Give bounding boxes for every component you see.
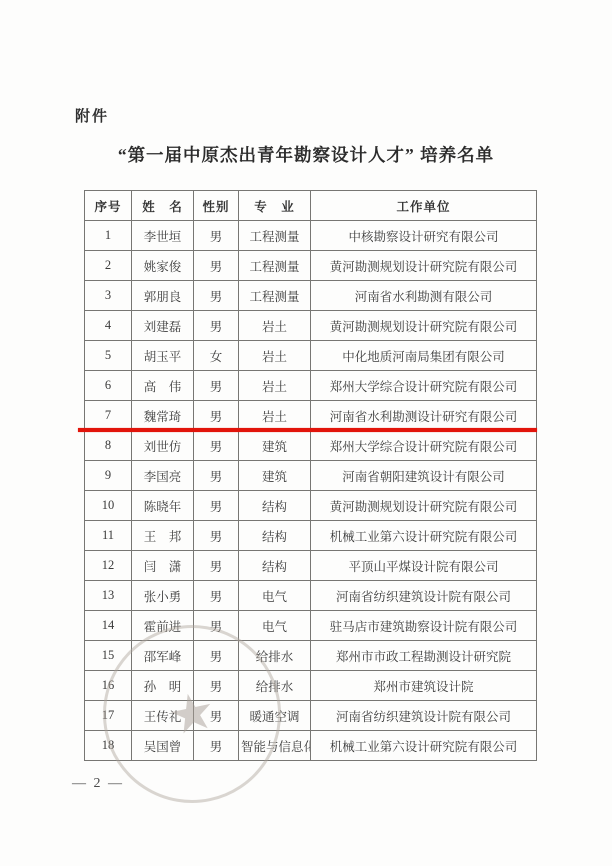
roster-table-body: 1李世垣男工程测量中核勘察设计研究有限公司2姚家俊男工程测量黄河勘测规划设计研究… bbox=[85, 221, 537, 761]
table-row: 2姚家俊男工程测量黄河勘测规划设计研究院有限公司 bbox=[85, 251, 537, 281]
cell-name: 闫 潇 bbox=[132, 551, 194, 581]
table-row: 14霍前进男电气驻马店市建筑勘察设计院有限公司 bbox=[85, 611, 537, 641]
table-row: 9李国亮男建筑河南省朝阳建筑设计有限公司 bbox=[85, 461, 537, 491]
cell-no: 6 bbox=[85, 371, 132, 401]
cell-no: 12 bbox=[85, 551, 132, 581]
cell-major: 给排水 bbox=[239, 641, 311, 671]
cell-gender: 男 bbox=[194, 731, 239, 761]
cell-gender: 男 bbox=[194, 581, 239, 611]
table-row: 10陈晓年男结构黄河勘测规划设计研究院有限公司 bbox=[85, 491, 537, 521]
cell-major: 建筑 bbox=[239, 431, 311, 461]
cell-name: 陈晓年 bbox=[132, 491, 194, 521]
cell-company: 黄河勘测规划设计研究院有限公司 bbox=[311, 311, 537, 341]
cell-name: 王传礼 bbox=[132, 701, 194, 731]
cell-name: 张小勇 bbox=[132, 581, 194, 611]
cell-company: 河南省水利勘测设计研究有限公司 bbox=[311, 401, 537, 431]
header-no: 序号 bbox=[85, 191, 132, 221]
cell-major: 智能与信息化 bbox=[239, 731, 311, 761]
document-page: 附件 “第一届中原杰出青年勘察设计人才” 培养名单 序号 姓 名 性别 专 业 … bbox=[0, 0, 612, 866]
cell-major: 工程测量 bbox=[239, 251, 311, 281]
cell-gender: 男 bbox=[194, 401, 239, 431]
cell-gender: 男 bbox=[194, 221, 239, 251]
table-row: 8刘世仿男建筑郑州大学综合设计研究院有限公司 bbox=[85, 431, 537, 461]
cell-major: 电气 bbox=[239, 581, 311, 611]
table-row: 5胡玉平女岩土中化地质河南局集团有限公司 bbox=[85, 341, 537, 371]
cell-company: 郑州大学综合设计研究院有限公司 bbox=[311, 371, 537, 401]
cell-major: 工程测量 bbox=[239, 281, 311, 311]
cell-major: 电气 bbox=[239, 611, 311, 641]
table-row: 3郭朋良男工程测量河南省水利勘测有限公司 bbox=[85, 281, 537, 311]
page-title: “第一届中原杰出青年勘察设计人才” 培养名单 bbox=[0, 142, 612, 167]
table-header-row: 序号 姓 名 性别 专 业 工作单位 bbox=[85, 191, 537, 221]
cell-name: 李世垣 bbox=[132, 221, 194, 251]
cell-name: 刘建磊 bbox=[132, 311, 194, 341]
table-row: 16孙 明男给排水郑州市建筑设计院 bbox=[85, 671, 537, 701]
cell-major: 岩土 bbox=[239, 401, 311, 431]
cell-name: 孙 明 bbox=[132, 671, 194, 701]
cell-company: 黄河勘测规划设计研究院有限公司 bbox=[311, 491, 537, 521]
cell-company: 中化地质河南局集团有限公司 bbox=[311, 341, 537, 371]
cell-name: 魏常琦 bbox=[132, 401, 194, 431]
cell-no: 11 bbox=[85, 521, 132, 551]
cell-major: 结构 bbox=[239, 551, 311, 581]
cell-gender: 男 bbox=[194, 461, 239, 491]
header-name: 姓 名 bbox=[132, 191, 194, 221]
cell-name: 郭朋良 bbox=[132, 281, 194, 311]
cell-company: 郑州大学综合设计研究院有限公司 bbox=[311, 431, 537, 461]
cell-no: 3 bbox=[85, 281, 132, 311]
cell-name: 胡玉平 bbox=[132, 341, 194, 371]
table-row: 17王传礼男暖通空调河南省纺织建筑设计院有限公司 bbox=[85, 701, 537, 731]
table-row: 1李世垣男工程测量中核勘察设计研究有限公司 bbox=[85, 221, 537, 251]
cell-no: 15 bbox=[85, 641, 132, 671]
cell-gender: 男 bbox=[194, 251, 239, 281]
cell-company: 机械工业第六设计研究院有限公司 bbox=[311, 731, 537, 761]
table-row: 18吴国曾男智能与信息化机械工业第六设计研究院有限公司 bbox=[85, 731, 537, 761]
cell-company: 河南省水利勘测有限公司 bbox=[311, 281, 537, 311]
cell-name: 姚家俊 bbox=[132, 251, 194, 281]
cell-no: 17 bbox=[85, 701, 132, 731]
cell-no: 8 bbox=[85, 431, 132, 461]
cell-name: 霍前进 bbox=[132, 611, 194, 641]
cell-major: 工程测量 bbox=[239, 221, 311, 251]
cell-gender: 男 bbox=[194, 431, 239, 461]
cell-company: 机械工业第六设计研究院有限公司 bbox=[311, 521, 537, 551]
cell-no: 5 bbox=[85, 341, 132, 371]
cell-gender: 男 bbox=[194, 371, 239, 401]
cell-name: 邵军峰 bbox=[132, 641, 194, 671]
cell-no: 16 bbox=[85, 671, 132, 701]
cell-gender: 男 bbox=[194, 491, 239, 521]
header-company: 工作单位 bbox=[311, 191, 537, 221]
cell-no: 14 bbox=[85, 611, 132, 641]
table-row: 4刘建磊男岩土黄河勘测规划设计研究院有限公司 bbox=[85, 311, 537, 341]
cell-major: 岩土 bbox=[239, 371, 311, 401]
cell-name: 李国亮 bbox=[132, 461, 194, 491]
cell-major: 建筑 bbox=[239, 461, 311, 491]
cell-company: 郑州市建筑设计院 bbox=[311, 671, 537, 701]
cell-major: 结构 bbox=[239, 491, 311, 521]
roster-table: 序号 姓 名 性别 专 业 工作单位 1李世垣男工程测量中核勘察设计研究有限公司… bbox=[84, 190, 537, 761]
table-row: 7魏常琦男岩土河南省水利勘测设计研究有限公司 bbox=[85, 401, 537, 431]
cell-company: 河南省朝阳建筑设计有限公司 bbox=[311, 461, 537, 491]
cell-name: 吴国曾 bbox=[132, 731, 194, 761]
cell-gender: 男 bbox=[194, 671, 239, 701]
cell-gender: 男 bbox=[194, 611, 239, 641]
cell-no: 13 bbox=[85, 581, 132, 611]
cell-no: 9 bbox=[85, 461, 132, 491]
cell-company: 黄河勘测规划设计研究院有限公司 bbox=[311, 251, 537, 281]
cell-major: 暖通空调 bbox=[239, 701, 311, 731]
cell-gender: 男 bbox=[194, 311, 239, 341]
cell-no: 1 bbox=[85, 221, 132, 251]
cell-major: 岩土 bbox=[239, 311, 311, 341]
cell-name: 高 伟 bbox=[132, 371, 194, 401]
cell-gender: 男 bbox=[194, 641, 239, 671]
table-row: 12闫 潇男结构平顶山平煤设计院有限公司 bbox=[85, 551, 537, 581]
cell-gender: 男 bbox=[194, 281, 239, 311]
attachment-label: 附件 bbox=[75, 105, 109, 126]
cell-no: 2 bbox=[85, 251, 132, 281]
cell-major: 给排水 bbox=[239, 671, 311, 701]
cell-name: 王 邦 bbox=[132, 521, 194, 551]
table-row: 11王 邦男结构机械工业第六设计研究院有限公司 bbox=[85, 521, 537, 551]
cell-company: 平顶山平煤设计院有限公司 bbox=[311, 551, 537, 581]
table-row: 6高 伟男岩土郑州大学综合设计研究院有限公司 bbox=[85, 371, 537, 401]
cell-no: 4 bbox=[85, 311, 132, 341]
cell-company: 中核勘察设计研究有限公司 bbox=[311, 221, 537, 251]
cell-gender: 男 bbox=[194, 701, 239, 731]
cell-gender: 女 bbox=[194, 341, 239, 371]
header-gender: 性别 bbox=[194, 191, 239, 221]
cell-no: 7 bbox=[85, 401, 132, 431]
cell-company: 河南省纺织建筑设计院有限公司 bbox=[311, 701, 537, 731]
cell-company: 河南省纺织建筑设计院有限公司 bbox=[311, 581, 537, 611]
table-row: 15邵军峰男给排水郑州市市政工程勘测设计研究院 bbox=[85, 641, 537, 671]
cell-company: 郑州市市政工程勘测设计研究院 bbox=[311, 641, 537, 671]
header-major: 专 业 bbox=[239, 191, 311, 221]
cell-company: 驻马店市建筑勘察设计院有限公司 bbox=[311, 611, 537, 641]
cell-major: 结构 bbox=[239, 521, 311, 551]
cell-gender: 男 bbox=[194, 521, 239, 551]
table-row: 13张小勇男电气河南省纺织建筑设计院有限公司 bbox=[85, 581, 537, 611]
cell-major: 岩土 bbox=[239, 341, 311, 371]
red-underline-annotation bbox=[78, 428, 537, 432]
cell-no: 10 bbox=[85, 491, 132, 521]
cell-gender: 男 bbox=[194, 551, 239, 581]
cell-name: 刘世仿 bbox=[132, 431, 194, 461]
cell-no: 18 bbox=[85, 731, 132, 761]
page-number: — 2 — bbox=[72, 776, 124, 792]
